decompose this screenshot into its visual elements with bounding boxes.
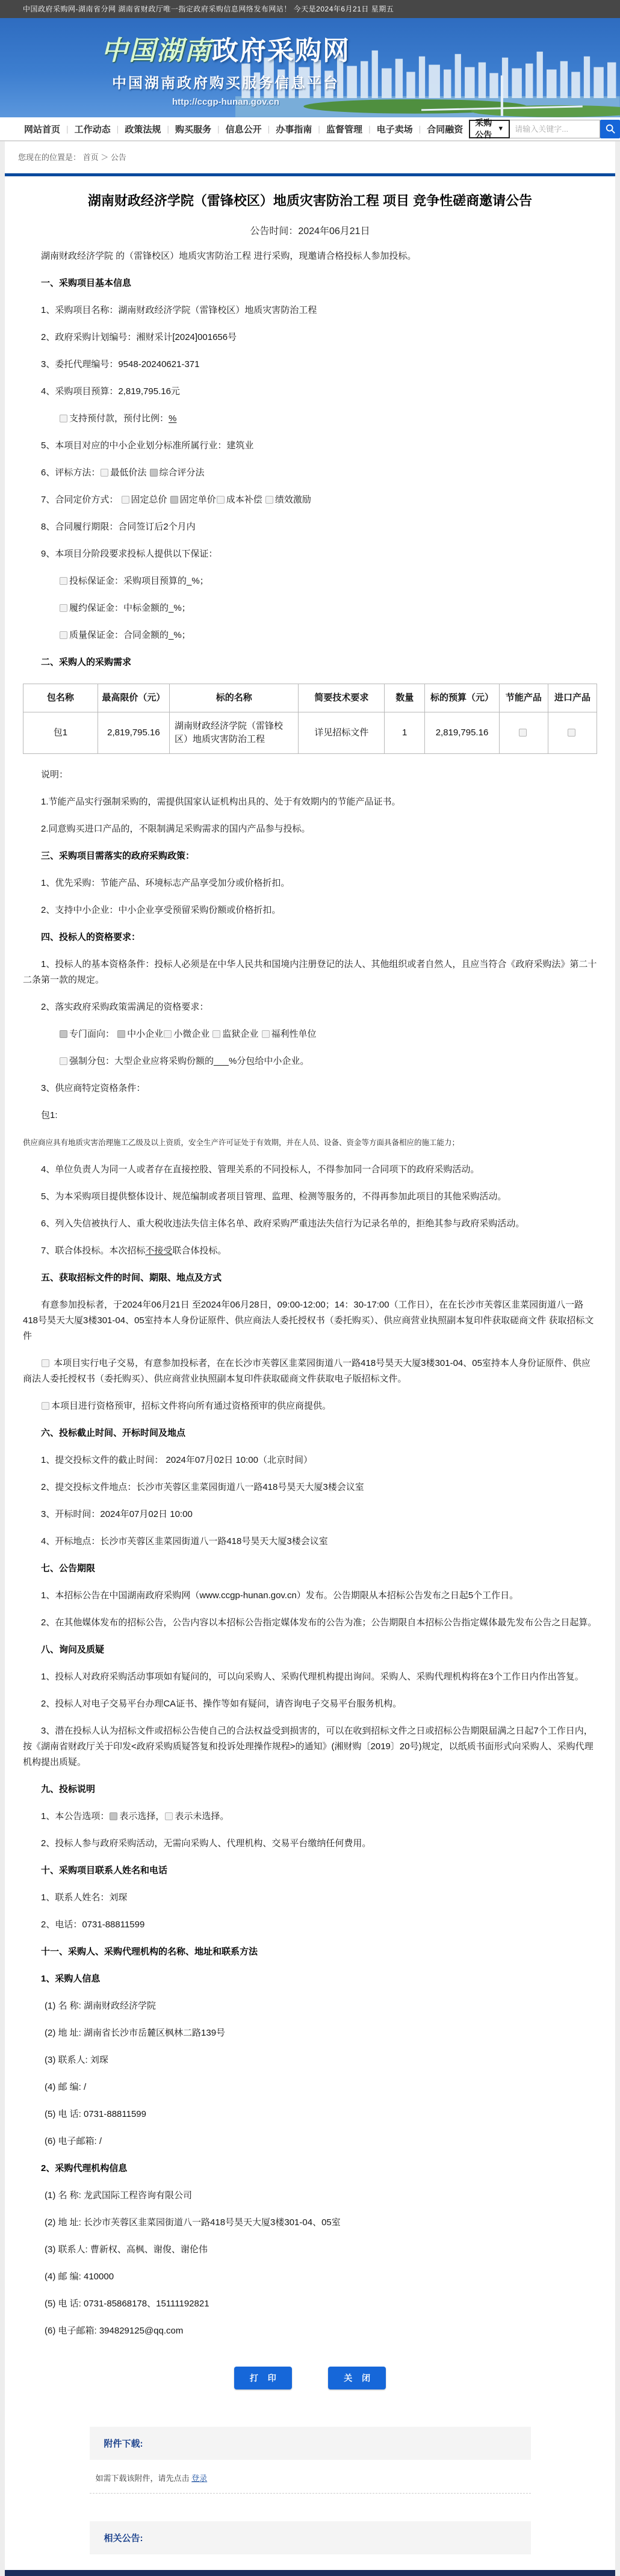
doc-paragraph: 5、本项目对应的中小企业划分标准所属行业：建筑业: [23, 438, 597, 454]
text-run: (6) 电子邮箱: /: [45, 2136, 102, 2146]
doc-paragraph: (5) 电 话: 0731-88811599: [23, 2107, 597, 2122]
main-navbar: 网站首页|工作动态|政策法规|购买服务|信息公开|办事指南|监督管理|电子卖场|…: [0, 117, 620, 141]
text-run: 最低价法: [110, 468, 149, 478]
doc-paragraph: 5、为本采购项目提供整体设计、规范编制或者项目管理、监理、检测等服务的，不得再参…: [23, 1189, 597, 1205]
checkbox-unchecked-icon: [101, 469, 108, 477]
section-heading: 十、采购项目联系人姓名和电话: [23, 1863, 597, 1879]
breadcrumb-current[interactable]: 公告: [111, 153, 126, 162]
checkbox-unchecked-icon: [42, 1359, 49, 1367]
text-run: 支持预付款，预付比例：: [69, 413, 169, 424]
attachments-section: 附件下载: 如需下载该附件，请先点击 登录: [90, 2427, 531, 2494]
announcement-article: 湖南财政经济学院（雷锋校区）地质灾害防治工程 项目 竞争性磋商邀请公告 公告时间…: [5, 176, 615, 2554]
doc-paragraph: 有意参加投标者，于2024年06月21日 至2024年06月28日，09:00-…: [23, 1297, 597, 1344]
text-run: 投标保证金：采购项目预算的_%；: [69, 576, 209, 586]
table-cell: 2,819,795.16: [98, 712, 169, 754]
text-run: 1、优先采购：节能产品、环境标志产品享受加分或价格折扣。: [41, 878, 290, 888]
nav-item-4[interactable]: 购买服务: [169, 123, 217, 135]
search-box: 采购公告 ▼: [469, 120, 620, 138]
text-run: 3、潜在投标人认为招标文件或招标公告使自己的合法权益受到损害的，可以在收到招标文…: [23, 1726, 594, 1767]
search-input[interactable]: [510, 120, 600, 138]
text-run: (2) 地 址: 湖南省长沙市岳麓区枫林二路139号: [45, 2028, 225, 2038]
doc-paragraph: (1) 名 称: 龙武国际工程咨询有限公司: [23, 2188, 597, 2204]
doc-paragraph: 4、开标地点：长沙市芙蓉区韭菜园街道八一路418号昊天大厦3楼会议室: [23, 1534, 597, 1549]
text-run: 成本补偿: [226, 495, 265, 505]
doc-paragraph: 1、投标人的基本资格条件：投标人必须是在中华人民共和国境内注册登记的法人、其他组…: [23, 957, 597, 988]
doc-paragraph: 2、电话：0731-88811599: [23, 1917, 597, 1933]
doc-paragraph: 3、供应商特定资格条件：: [23, 1081, 597, 1096]
text-run: 4、采购项目预算：2,819,795.16元: [41, 386, 180, 397]
doc-paragraph: (6) 电子邮箱: 394829125@qq.com: [23, 2323, 597, 2339]
doc-paragraph: (3) 联系人: 曹新权、高枫、谢俊、谢伦伟: [23, 2242, 597, 2258]
section-heading: 十一、采购人、采购代理机构的名称、地址和联系方法: [23, 1944, 597, 1960]
table-cell: 2,819,795.16: [425, 712, 500, 754]
text-run: 1、提交投标文件的截止时间： 2024年07月02日 10:00（北京时间）: [41, 1455, 312, 1465]
doc-paragraph: 7、联合体投标。本次招标不接受联合体投标。: [23, 1243, 597, 1259]
text-run: 1、联系人姓名：刘琛: [41, 1892, 127, 1903]
table-header-cell: 进口产品: [548, 684, 597, 712]
section-heading: 2、采购代理机构信息: [23, 2161, 597, 2176]
checkbox-checked-icon: [170, 496, 178, 504]
text-run: 固定总价: [131, 495, 170, 505]
section-heading: 六、投标截止时间、开标时间及地点: [23, 1425, 597, 1441]
text-run: 说明：: [41, 770, 68, 780]
doc-paragraph: 供应商应具有地质灾害治理施工乙级及以上资质，安全生产许可证处于有效期，并在人员、…: [23, 1135, 597, 1151]
text-run: 6、评标方法：: [41, 468, 100, 478]
doc-paragraph: (5) 电 话: 0731-85868178、15111192821: [23, 2296, 597, 2312]
text-run: 9、本项目分阶段要求投标人提供以下保证：: [41, 549, 217, 559]
checkbox-unchecked-icon: [60, 604, 67, 612]
section-heading: 七、公告期限: [23, 1561, 597, 1577]
table-header-cell: 标的名称: [170, 684, 299, 712]
table-cell: 湖南财政经济学院（雷锋校区）地质灾害防治工程: [170, 712, 299, 754]
checkbox-checked-icon: [60, 1030, 67, 1038]
text-run: 4、开标地点：长沙市芙蓉区韭菜园街道八一路418号昊天大厦3楼会议室: [41, 1536, 328, 1546]
chevron-down-icon: ▼: [497, 125, 504, 132]
text-run: (5) 电 话: 0731-88811599: [45, 2109, 146, 2119]
doc-paragraph: (3) 联系人: 刘琛: [23, 2052, 597, 2068]
doc-paragraph: 2、投标人对电子交易平台办理CA证书、操作等如有疑问，请咨询电子交易平台服务机构…: [23, 1696, 597, 1712]
doc-paragraph: 2、政府采购计划编号：湘财采计[2024]001656号: [23, 330, 597, 345]
table-header-cell: 包名称: [23, 684, 98, 712]
text-run: 3、开标时间：2024年07月02日 10:00: [41, 1509, 193, 1519]
login-link[interactable]: 登录: [191, 2474, 207, 2483]
attachments-note-text: 如需下载该附件，请先点击: [96, 2474, 192, 2483]
doc-paragraph: 6、列入失信被执行人、重大税收违法失信主体名单、政府采购严重违法失信行为记录名单…: [23, 1216, 597, 1232]
text-run: (2) 地 址: 长沙市芙蓉区韭菜园街道八一路418号昊天大厦3楼301-04、…: [45, 2217, 341, 2228]
close-button[interactable]: 关 闭: [328, 2367, 386, 2389]
banner-inner: 中国湖南政府采购网 中国湖南政府购买服务信息平台 http://ccgp-hun…: [0, 18, 361, 107]
checkbox-unchecked-icon: [165, 1812, 173, 1820]
table-header-cell: 简要技术要求: [299, 684, 385, 712]
checkbox-unchecked-icon: [60, 577, 67, 585]
action-buttons: 打 印 关 闭: [23, 2367, 597, 2389]
doc-paragraph: 质量保证金：合同金额的_%；: [23, 628, 597, 643]
breadcrumb-separator: ＞: [101, 153, 108, 162]
text-run: 2、提交投标文件地点：长沙市芙蓉区韭菜园街道八一路418号昊天大厦3楼会议室: [41, 1482, 364, 1492]
search-category-select[interactable]: 采购公告 ▼: [469, 120, 510, 138]
checkbox-unchecked-icon: [60, 1057, 67, 1065]
text-run: 2、采购代理机构信息: [41, 2163, 127, 2173]
checkbox-unchecked-icon: [42, 1402, 49, 1410]
doc-paragraph: 3、开标时间：2024年07月02日 10:00: [23, 1507, 597, 1522]
text-run: (1) 名 称: 龙武国际工程咨询有限公司: [45, 2190, 192, 2201]
text-run: (1) 名 称: 湖南财政经济学院: [45, 2001, 156, 2011]
checkbox-checked-icon: [117, 1030, 125, 1038]
section-heading: 四、投标人的资格要求：: [23, 930, 597, 945]
table-row: 包12,819,795.16湖南财政经济学院（雷锋校区）地质灾害防治工程详见招标…: [23, 712, 597, 754]
checkbox-checked-icon: [110, 1812, 117, 1820]
doc-paragraph: 2、提交投标文件地点：长沙市芙蓉区韭菜园街道八一路418号昊天大厦3楼会议室: [23, 1480, 597, 1495]
text-run: 3、供应商特定资格条件：: [41, 1083, 145, 1093]
text-run: 八、询问及质疑: [41, 1645, 104, 1655]
text-run: 2、落实政府采购政策需满足的资格要求：: [41, 1002, 208, 1012]
section-heading: 九、投标说明: [23, 1782, 597, 1797]
table-header-row: 包名称最高限价（元）标的名称简要技术要求数量标的预算（元）节能产品进口产品: [23, 684, 597, 712]
text-run: 1、本招标公告在中国湖南政府采购网（www.ccgp-hunan.gov.cn）…: [41, 1590, 518, 1601]
doc-paragraph: 支持预付款，预付比例：%: [23, 411, 597, 427]
nav-item-2[interactable]: 工作动态: [69, 123, 117, 135]
procurement-table: 包名称最高限价（元）标的名称简要技术要求数量标的预算（元）节能产品进口产品包12…: [23, 684, 597, 754]
table-cell[interactable]: [548, 712, 597, 754]
text-run: (4) 邮 编: /: [45, 2082, 86, 2092]
doc-paragraph: 1、联系人姓名：刘琛: [23, 1890, 597, 1906]
checkbox-unchecked-icon: [122, 496, 129, 504]
table-header-cell: 节能产品: [499, 684, 548, 712]
text-run: 三、采购项目需落实的政府采购政策：: [41, 851, 194, 861]
text-run: 5、为本采购项目提供整体设计、规范编制或者项目管理、监理、检测等服务的，不得再参…: [41, 1191, 506, 1202]
underlined-text: %: [169, 413, 176, 424]
text-run: 2、支持中小企业：中小企业享受预留采购份额或价格折扣。: [41, 905, 281, 915]
text-run: 2、政府采购计划编号：湘财采计[2024]001656号: [41, 332, 237, 342]
page: 中国政府采购网-湖南省分网 湖南省财政厅唯一指定政府采购信息网络发布网站！ 今天…: [0, 0, 620, 2576]
doc-paragraph: 2、落实政府采购政策需满足的资格要求：: [23, 999, 597, 1015]
text-run: 1、本公告选项：: [41, 1811, 109, 1821]
text-run: 1、投标人对政府采购活动事项如有疑问的，可以向采购人、采购代理机构提出询问。采购…: [41, 1672, 584, 1682]
doc-paragraph: 2、投标人参与政府采购活动，无需向采购人、代理机构、交易平台缴纳任何费用。: [23, 1836, 597, 1852]
doc-paragraph: 9、本项目分阶段要求投标人提供以下保证：: [23, 546, 597, 562]
checkbox-unchecked-icon: [60, 415, 67, 422]
text-run: 绩效激励: [275, 495, 311, 505]
doc-paragraph: 4、采购项目预算：2,819,795.16元: [23, 384, 597, 400]
text-run: 二、采购人的采购需求: [41, 657, 131, 667]
text-run: (3) 联系人: 刘琛: [45, 2055, 108, 2065]
text-run: 小微企业: [173, 1029, 212, 1039]
text-run: 监狱企业: [222, 1029, 261, 1039]
checkbox-unchecked-icon: [262, 1030, 270, 1038]
breadcrumb-prefix: 您现在的位置是：: [18, 153, 81, 162]
text-run: (3) 联系人: 曹新权、高枫、谢俊、谢伦伟: [45, 2244, 208, 2255]
section-heading: 三、采购项目需落实的政府采购政策：: [23, 848, 597, 864]
article-body: 一、采购项目基本信息1、采购项目名称：湖南财政经济学院（雷锋校区）地质灾害防治工…: [23, 276, 597, 2339]
text-run: 十一、采购人、采购代理机构的名称、地址和联系方法: [41, 1947, 258, 1957]
banner-subtitle: 中国湖南政府购买服务信息平台: [90, 71, 361, 92]
table-cell: 包1: [23, 712, 98, 754]
doc-paragraph: 6、评标方法：最低价法 综合评分法: [23, 465, 597, 481]
nav-item-8[interactable]: 电子卖场: [371, 123, 419, 135]
logo-calligraphy-text: 中国湖南: [101, 36, 212, 66]
related-section: 相关公告:: [90, 2521, 531, 2554]
doc-paragraph: (1) 名 称: 湖南财政经济学院: [23, 1998, 597, 2014]
breadcrumb-home-link[interactable]: 首页: [83, 153, 99, 162]
doc-paragraph: 说明：: [23, 767, 597, 783]
text-run: 7、合同定价方式：: [41, 495, 121, 505]
publish-time: 公告时间：2024年06月21日: [23, 223, 597, 237]
doc-paragraph: 1、本招标公告在中国湖南政府采购网（www.ccgp-hunan.gov.cn）…: [23, 1588, 597, 1604]
text-run: 2、电话：0731-88811599: [41, 1920, 144, 1930]
attachments-note: 如需下载该附件，请先点击 登录: [90, 2460, 531, 2494]
nav-item-9[interactable]: 合同融资: [421, 123, 469, 135]
doc-paragraph: 1.节能产品实行强制采购的，需提供国家认证机构出具的、处于有效期内的节能产品证书…: [23, 794, 597, 810]
text-run: 六、投标截止时间、开标时间及地点: [41, 1428, 185, 1438]
doc-paragraph: (6) 电子邮箱: /: [23, 2134, 597, 2149]
text-run: 福利性单位: [271, 1029, 317, 1039]
text-run: 一、采购项目基本信息: [41, 278, 131, 288]
doc-paragraph: 2.同意购买进口产品的，不限制满足采购需求的国内产品参与投标。: [23, 821, 597, 837]
doc-paragraph: 强制分包：大型企业应将采购份额的___%分包给中小企业。: [23, 1054, 597, 1069]
text-run: (6) 电子邮箱: 394829125@qq.com: [45, 2326, 183, 2336]
checkbox-unchecked-icon: [568, 729, 575, 737]
search-icon: [605, 123, 616, 134]
doc-paragraph: 7、合同定价方式： 固定总价 固定单价成本补偿 绩效激励: [23, 492, 597, 508]
doc-paragraph: 专门面向： 中小企业小微企业 监狱企业 福利性单位: [23, 1027, 597, 1042]
attachments-header: 附件下载:: [90, 2427, 531, 2460]
section-heading: 1、采购人信息: [23, 1971, 597, 1987]
print-button[interactable]: 打 印: [234, 2367, 292, 2389]
doc-paragraph: 履约保证金：中标金额的_%；: [23, 601, 597, 616]
topbar: 中国政府采购网-湖南省分网 湖南省财政厅唯一指定政府采购信息网络发布网站！ 今天…: [0, 0, 620, 18]
section-heading: 八、询问及质疑: [23, 1642, 597, 1658]
doc-paragraph: 4、单位负责人为同一人或者存在直接控股、管理关系的不同投标人，不得参加同一合同项…: [23, 1162, 597, 1178]
text-run: 本项目进行资格预审，招标文件将向所有通过资格预审的供应商提供。: [51, 1401, 331, 1411]
checkbox-unchecked-icon: [212, 1030, 220, 1038]
table-cell: 1: [385, 712, 425, 754]
search-button[interactable]: [600, 120, 620, 138]
text-run: 1.节能产品实行强制采购的，需提供国家认证机构出具的、处于有效期内的节能产品证书…: [41, 797, 401, 807]
checkbox-checked-icon: [150, 469, 158, 477]
doc-paragraph: 1、采购项目名称：湖南财政经济学院（雷锋校区）地质灾害防治工程: [23, 303, 597, 318]
site-banner: 中国湖南政府采购网 中国湖南政府购买服务信息平台 http://ccgp-hun…: [0, 18, 620, 117]
table-cell[interactable]: [499, 712, 548, 754]
doc-paragraph: 3、潜在投标人认为招标文件或招标公告使自己的合法权益受到损害的，可以在收到招标文…: [23, 1723, 597, 1770]
text-run: 履约保证金：中标金额的_%；: [69, 603, 191, 613]
site-logo: 中国湖南政府采购网: [90, 29, 361, 67]
table-header-cell: 数量: [385, 684, 425, 712]
text-run: (4) 邮 编: 410000: [45, 2272, 114, 2282]
text-run: 供应商应具有地质灾害治理施工乙级及以上资质，安全生产许可证处于有效期，并在人员、…: [23, 1138, 459, 1147]
text-run: 2.同意购买进口产品的，不限制满足采购需求的国内产品参与投标。: [41, 824, 311, 834]
text-run: 五、获取招标文件的时间、期限、地点及方式: [41, 1273, 222, 1283]
doc-paragraph: 3、委托代理编号：9548-20240621-371: [23, 357, 597, 372]
text-run: 九、投标说明: [41, 1784, 95, 1794]
nav-item-1[interactable]: 网站首页: [18, 123, 66, 135]
main-panel: 您现在的位置是： 首页 ＞ 公告 湖南财政经济学院（雷锋校区）地质灾害防治工程 …: [5, 141, 615, 2576]
doc-paragraph: (2) 地 址: 长沙市芙蓉区韭菜园街道八一路418号昊天大厦3楼301-04、…: [23, 2215, 597, 2231]
breadcrumb: 您现在的位置是： 首页 ＞ 公告: [5, 141, 615, 171]
text-run: 七、公告期限: [41, 1563, 95, 1574]
nav-item-3[interactable]: 政策法规: [119, 123, 167, 135]
text-run: 3、委托代理编号：9548-20240621-371: [41, 359, 199, 369]
doc-paragraph: 包1:: [23, 1108, 597, 1123]
text-run: 有意参加投标者，于2024年06月21日 至2024年06月28日，09:00-…: [23, 1300, 594, 1341]
spacer: [23, 2410, 597, 2427]
checkbox-unchecked-icon: [217, 496, 225, 504]
doc-paragraph: (2) 地 址: 湖南省长沙市岳麓区枫林二路139号: [23, 2025, 597, 2041]
article-intro: 湖南财政经济学院 的（雷锋校区）地质灾害防治工程 进行采购，现邀请合格投标人参加…: [23, 249, 597, 264]
text-run: 5、本项目对应的中小企业划分标准所属行业：建筑业: [41, 440, 253, 451]
related-header: 相关公告:: [90, 2521, 531, 2554]
text-run: 4、单位负责人为同一人或者存在直接控股、管理关系的不同投标人，不得参加同一合同项…: [41, 1164, 479, 1175]
nav-item-5[interactable]: 信息公开: [220, 123, 268, 135]
doc-paragraph: (4) 邮 编: /: [23, 2080, 597, 2095]
doc-paragraph: 1、提交投标文件的截止时间： 2024年07月02日 10:00（北京时间）: [23, 1453, 597, 1468]
search-category-value: 采购公告: [475, 117, 494, 141]
doc-paragraph: 1、优先采购：节能产品、环境标志产品享受加分或价格折扣。: [23, 876, 597, 891]
table-cell: 详见招标文件: [299, 712, 385, 754]
checkbox-unchecked-icon: [265, 496, 273, 504]
text-run: 1、采购项目名称：湖南财政经济学院（雷锋校区）地质灾害防治工程: [41, 305, 317, 315]
banner-url: http://ccgp-hunan.gov.cn: [90, 97, 361, 107]
nav-items: 网站首页|工作动态|政策法规|购买服务|信息公开|办事指南|监督管理|电子卖场|…: [18, 123, 469, 135]
spacer: [23, 2494, 597, 2521]
logo-main-text: 政府采购网: [212, 36, 350, 66]
text-run: 包1:: [41, 1110, 58, 1120]
text-run: 表示未选择。: [175, 1811, 229, 1821]
text-run: 2、投标人对电子交易平台办理CA证书、操作等如有疑问，请咨询电子交易平台服务机构…: [41, 1699, 401, 1709]
text-run: 8、合同履行期限：合同签订后2个月内: [41, 522, 196, 532]
text-run: 本项目实行电子交易，有意参加投标者，在在长沙市芙蓉区韭菜园街道八一路418号昊天…: [23, 1358, 591, 1384]
footer-bar: [5, 2570, 615, 2576]
doc-paragraph: 2、在其他媒体发布的招标公告，公告内容以本招标公告指定媒体发布的公告为准；公告期…: [23, 1615, 597, 1631]
checkbox-unchecked-icon: [60, 631, 67, 639]
section-heading: 一、采购项目基本信息: [23, 276, 597, 291]
doc-paragraph: 本项目进行资格预审，招标文件将向所有通过资格预审的供应商提供。: [23, 1398, 597, 1414]
doc-paragraph: (4) 邮 编: 410000: [23, 2269, 597, 2285]
section-heading: 五、获取招标文件的时间、期限、地点及方式: [23, 1270, 597, 1286]
section-heading: 二、采购人的采购需求: [23, 655, 597, 670]
text-run: 7、联合体投标。本次招标: [41, 1246, 145, 1256]
nav-item-7[interactable]: 监督管理: [320, 123, 368, 135]
doc-paragraph: 投标保证金：采购项目预算的_%；: [23, 573, 597, 589]
text-run: 强制分包：大型企业应将采购份额的___%分包给中小企业。: [69, 1056, 309, 1066]
checkbox-unchecked-icon: [519, 729, 527, 737]
doc-paragraph: 8、合同履行期限：合同签订后2个月内: [23, 519, 597, 535]
underlined-text: 不接受: [145, 1246, 172, 1256]
doc-paragraph: 2、支持中小企业：中小企业享受预留采购份额或价格折扣。: [23, 903, 597, 918]
text-run: 1、采购人信息: [41, 1974, 100, 1984]
text-run: 四、投标人的资格要求：: [41, 932, 140, 942]
text-run: (5) 电 话: 0731-85868178、15111192821: [45, 2299, 209, 2309]
text-run: 6、列入失信被执行人、重大税收违法失信主体名单、政府采购严重违法失信行为记录名单…: [41, 1219, 524, 1229]
text-run: 1、投标人的基本资格条件：投标人必须是在中华人民共和国境内注册登记的法人、其他组…: [23, 959, 597, 985]
text-run: 2、投标人参与政府采购活动，无需向采购人、代理机构、交易平台缴纳任何费用。: [41, 1838, 371, 1849]
nav-item-6[interactable]: 办事指南: [270, 123, 318, 135]
text-run: 质量保证金：合同金额的_%；: [69, 630, 191, 640]
table-header-cell: 标的预算（元）: [425, 684, 500, 712]
doc-paragraph: 本项目实行电子交易，有意参加投标者，在在长沙市芙蓉区韭菜园街道八一路418号昊天…: [23, 1356, 597, 1387]
text-run: 2、在其他媒体发布的招标公告，公告内容以本招标公告指定媒体发布的公告为准；公告期…: [41, 1617, 597, 1628]
table-header-cell: 最高限价（元）: [98, 684, 169, 712]
text-run: 联合体投标。: [172, 1246, 226, 1256]
text-run: 十、采购项目联系人姓名和电话: [41, 1865, 167, 1876]
topbar-text: 中国政府采购网-湖南省分网 湖南省财政厅唯一指定政府采购信息网络发布网站！ 今天…: [23, 5, 394, 13]
doc-paragraph: 1、投标人对政府采购活动事项如有疑问的，可以向采购人、采购代理机构提出询问。采购…: [23, 1669, 597, 1685]
checkbox-unchecked-icon: [164, 1030, 172, 1038]
doc-paragraph: 1、本公告选项：表示选择，表示未选择。: [23, 1809, 597, 1824]
article-title: 湖南财政经济学院（雷锋校区）地质灾害防治工程 项目 竞争性磋商邀请公告: [23, 176, 597, 210]
